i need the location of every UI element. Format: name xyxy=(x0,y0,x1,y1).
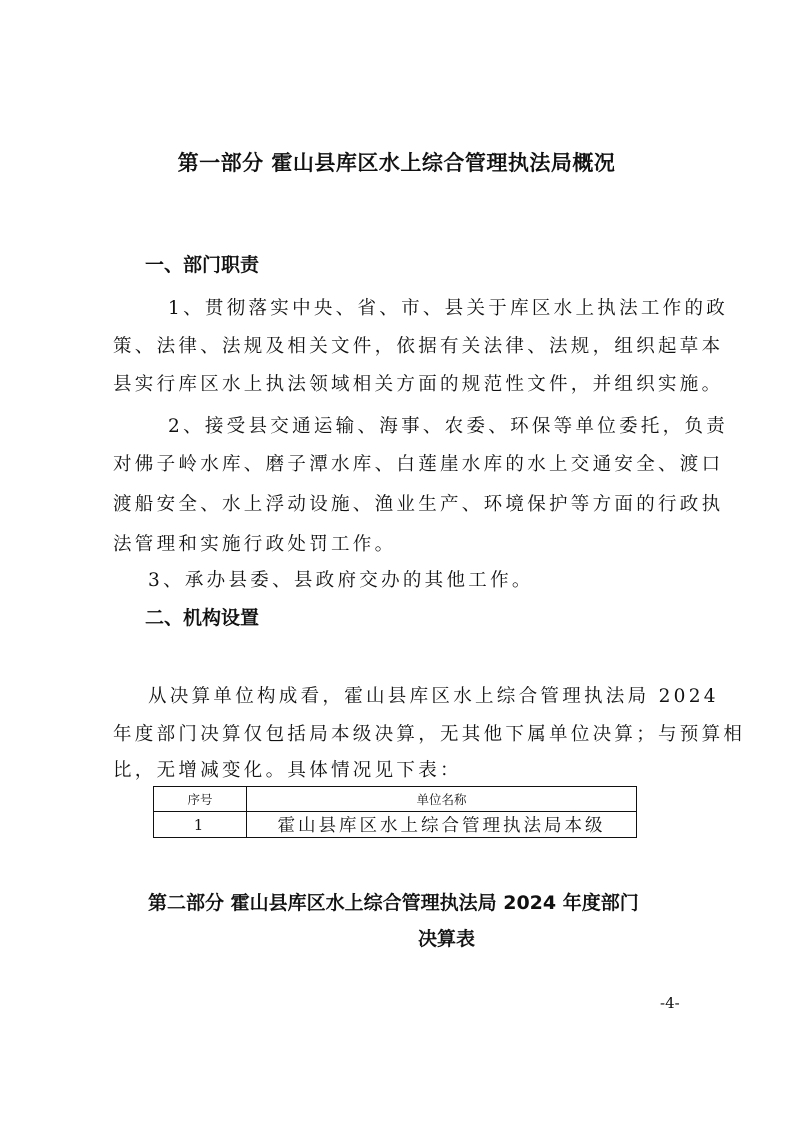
part2-title-line2: 决算表 xyxy=(418,924,475,951)
page-number: -4- xyxy=(660,994,680,1012)
section2-line2: 年度部门决算仅包括局本级决算，无其他下属单位决算；与预算相 xyxy=(113,720,688,746)
section2-line3: 比，无增减变化。具体情况见下表： xyxy=(113,756,688,782)
table-header-row: 序号 单位名称 xyxy=(154,787,637,812)
paragraph1-line3: 县实行库区水上执法领域相关方面的规范性文件，并组织实施。 xyxy=(113,370,688,396)
part1-title: 第一部分 霍山县库区水上综合管理执法局概况 xyxy=(0,147,793,177)
header-unit-name: 单位名称 xyxy=(247,787,637,812)
header-index: 序号 xyxy=(154,787,247,812)
paragraph1-line2: 策、法律、法规及相关文件，依据有关法律、法规，组织起草本 xyxy=(113,332,688,358)
section1-heading: 一、部门职责 xyxy=(145,250,259,277)
paragraph2-line3: 渡船安全、水上浮动设施、渔业生产、环境保护等方面的行政执 xyxy=(113,490,688,516)
table-row: 1 霍山县库区水上综合管理执法局本级 xyxy=(154,812,637,838)
part2-title-line1: 第二部分 霍山县库区水上综合管理执法局 2024 年度部门 xyxy=(148,888,639,915)
section2-line1: 从决算单位构成看，霍山县库区水上综合管理执法局 2024 xyxy=(148,682,723,708)
cell-unit-name: 霍山县库区水上综合管理执法局本级 xyxy=(247,812,637,838)
paragraph1-line1: 1、贯彻落实中央、省、市、县关于库区水上执法工作的政 xyxy=(168,294,743,320)
cell-index: 1 xyxy=(154,812,247,838)
paragraph2-line1: 2、接受县交通运输、海事、农委、环保等单位委托，负责 xyxy=(168,412,743,438)
paragraph2-line4: 法管理和实施行政处罚工作。 xyxy=(113,530,688,556)
paragraph2-line2: 对佛子岭水库、磨子潭水库、白莲崖水库的水上交通安全、渡口 xyxy=(113,450,688,476)
paragraph3-line1: 3、承办县委、县政府交办的其他工作。 xyxy=(148,566,723,592)
unit-table: 序号 单位名称 1 霍山县库区水上综合管理执法局本级 xyxy=(153,786,637,838)
section2-heading: 二、机构设置 xyxy=(145,603,259,630)
